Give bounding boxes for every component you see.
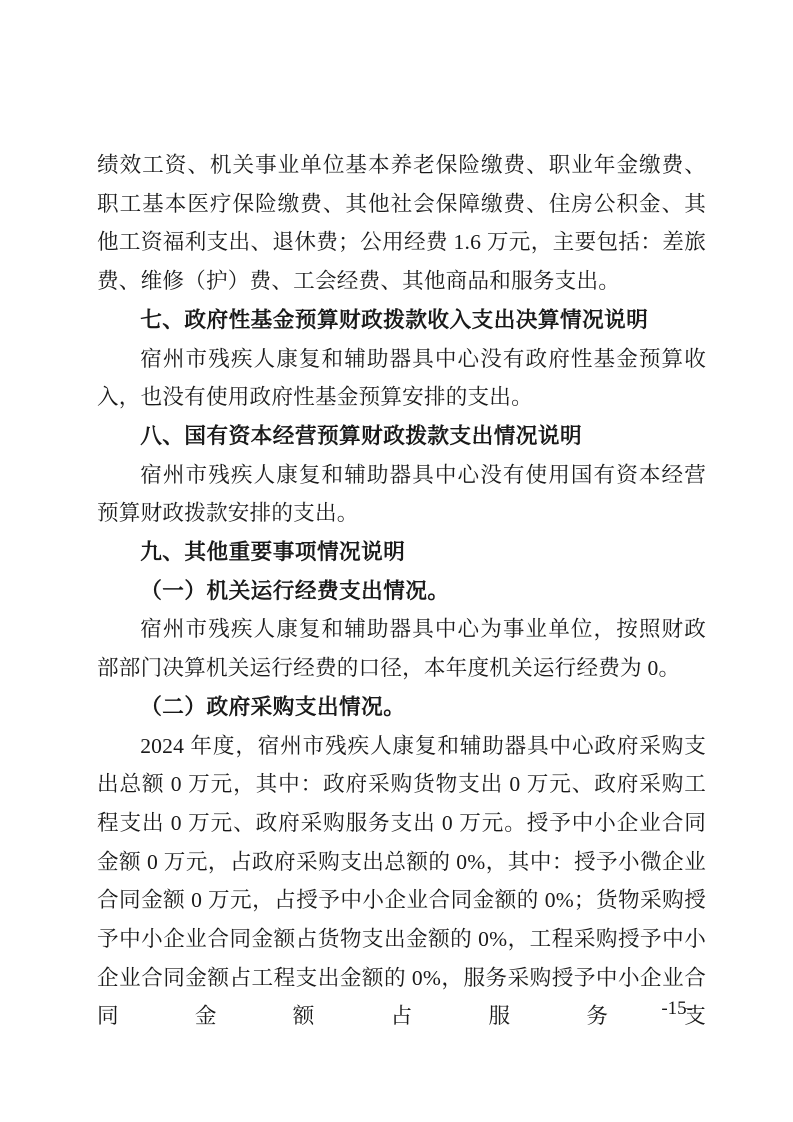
- section-heading: 八、国有资本经营预算财政拨款支出情况说明: [97, 417, 706, 456]
- section-subheading: （一）机关运行经费支出情况。: [97, 572, 706, 611]
- page-number: -15-: [661, 997, 693, 1021]
- body-paragraph: 2024 年度，宿州市残疾人康复和辅助器具中心政府采购支出总额 0 万元，其中：…: [97, 727, 706, 1037]
- body-paragraph: 宿州市残疾人康复和辅助器具中心没有使用国有资本经营预算财政拨款安排的支出。: [97, 456, 706, 533]
- body-paragraph: 绩效工资、机关事业单位基本养老保险缴费、职业年金缴费、职工基本医疗保险缴费、其他…: [97, 146, 706, 301]
- document-body: 绩效工资、机关事业单位基本养老保险缴费、职业年金缴费、职工基本医疗保险缴费、其他…: [97, 146, 706, 1036]
- body-paragraph: 宿州市残疾人康复和辅助器具中心没有政府性基金预算收入，也没有使用政府性基金预算安…: [97, 340, 706, 417]
- body-paragraph: 宿州市残疾人康复和辅助器具中心为事业单位，按照财政部部门决算机关运行经费的口径，…: [97, 610, 706, 687]
- document-page: 绩效工资、机关事业单位基本养老保险缴费、职业年金缴费、职工基本医疗保险缴费、其他…: [0, 0, 793, 1122]
- section-heading: 七、政府性基金预算财政拨款收入支出决算情况说明: [97, 301, 706, 340]
- section-subheading: （二）政府采购支出情况。: [97, 688, 706, 727]
- section-heading: 九、其他重要事项情况说明: [97, 533, 706, 572]
